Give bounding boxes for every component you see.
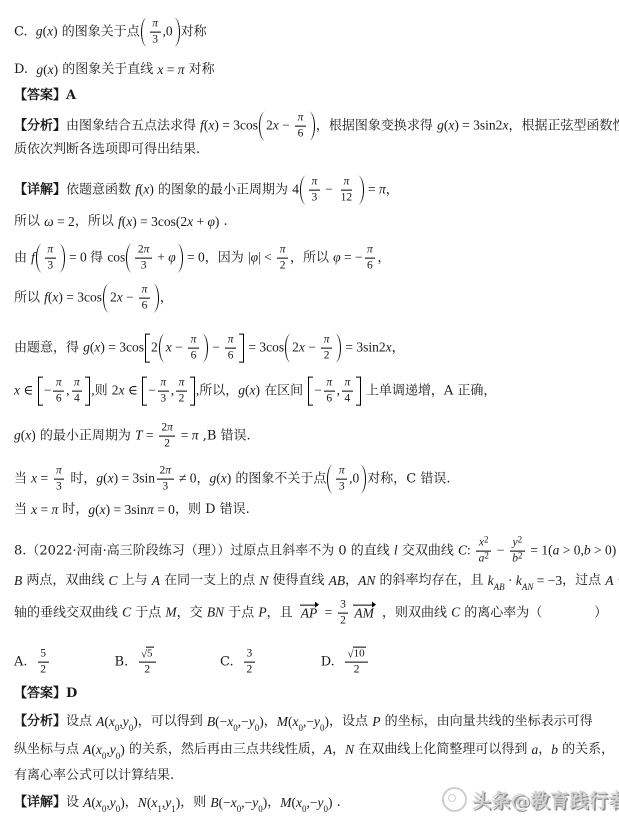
paren-right bbox=[202, 334, 208, 363]
math-roman: cos bbox=[107, 249, 125, 267]
fraction-numerator: π bbox=[176, 376, 187, 392]
math-roman: − bbox=[305, 339, 319, 357]
fraction-numerator: π bbox=[309, 175, 320, 191]
math-roman: ,0 bbox=[349, 470, 359, 488]
text-run: ,B 错误. bbox=[199, 427, 251, 445]
math-roman: 5 bbox=[40, 647, 46, 661]
detail-q7-line7: g(x) 的最小正周期为 T = 2π2 = π ,B 错误. bbox=[14, 421, 251, 452]
math-roman: + bbox=[193, 213, 207, 231]
text-run: ，且 bbox=[267, 604, 297, 622]
text-run: 的图象关于点 bbox=[58, 23, 140, 41]
text-run: 纵坐标与点 bbox=[14, 741, 83, 759]
text-run: ， bbox=[332, 741, 345, 759]
math-roman: = 0 bbox=[66, 249, 91, 267]
math-roman: = bbox=[177, 427, 191, 445]
math-variable: g bbox=[210, 470, 217, 488]
text-run: 于点 bbox=[131, 604, 165, 622]
detail-q7-line6: x ∈ −π6,π4,则 2x ∈ −π3,π2,所以，g(x) 在区间 −π6… bbox=[14, 376, 496, 407]
radicand: 10 bbox=[353, 647, 366, 661]
option-d: D. g(x) 的图象关于直线 x = π 对称 bbox=[14, 61, 215, 79]
text-run: 于点 bbox=[224, 604, 258, 622]
math-roman: | < bbox=[258, 249, 275, 267]
math-variable: π bbox=[326, 376, 332, 390]
math-variable: C bbox=[122, 604, 131, 622]
bracket-content: π3 − π12 bbox=[306, 175, 358, 206]
fraction-denominator: 2 bbox=[244, 663, 255, 678]
fraction-numerator: π bbox=[321, 333, 332, 349]
math-roman: − bbox=[322, 181, 336, 199]
fraction-denominator: b2 bbox=[510, 552, 525, 567]
text-run: 的离心率为（ bbox=[460, 604, 542, 622]
math-variable: π bbox=[74, 376, 80, 390]
math-subscript: 0 bbox=[102, 750, 107, 762]
math-roman: = bbox=[321, 604, 335, 622]
bracket-content: x − π6 bbox=[165, 333, 202, 364]
fraction-denominator: 2 bbox=[38, 663, 49, 678]
math-variable: b bbox=[584, 542, 591, 560]
math-roman: 6 bbox=[326, 392, 332, 406]
math-fraction: π6 bbox=[188, 333, 199, 364]
math-roman: = − bbox=[341, 249, 363, 267]
math-fraction: π2 bbox=[321, 333, 332, 364]
math-bracket-group: π3 bbox=[36, 243, 65, 274]
radicand: 5 bbox=[146, 647, 154, 661]
math-fraction: π3 bbox=[45, 243, 56, 274]
math-roman: = −3 bbox=[533, 572, 562, 590]
math-variable: π bbox=[280, 243, 286, 257]
math-variable: N bbox=[345, 741, 354, 759]
math-roman: ,− bbox=[303, 713, 314, 731]
paren-right bbox=[309, 112, 315, 141]
math-variable: AB bbox=[329, 572, 346, 590]
fraction-denominator: 2 bbox=[162, 437, 173, 452]
math-fraction: π4 bbox=[342, 376, 353, 407]
math-variable: BN bbox=[207, 604, 224, 622]
text-run: ，根据图象变换求得 bbox=[316, 117, 437, 135]
text-run: 依题意函数 bbox=[66, 181, 135, 199]
fraction-numerator: x2 bbox=[476, 536, 491, 552]
math-fraction: y2b2 bbox=[510, 536, 525, 567]
math-bracket-group: π3 − π12 bbox=[300, 175, 364, 206]
math-variable: π bbox=[367, 243, 373, 257]
math-variable: π bbox=[311, 175, 317, 189]
math-fraction: π6 bbox=[324, 376, 335, 407]
text-run: . bbox=[219, 213, 227, 231]
text-run: 有离心率公式可以计算结果. bbox=[14, 767, 174, 785]
math-fraction: 2π3 bbox=[135, 243, 152, 274]
math-variable: a bbox=[553, 542, 560, 560]
math-roman: 3 bbox=[56, 480, 62, 494]
math-subscript: AB bbox=[494, 581, 505, 593]
math-variable: AN bbox=[358, 572, 375, 590]
math-subscript: 0 bbox=[129, 722, 134, 734]
math-subscript: 0 bbox=[237, 803, 242, 815]
math-variable: b bbox=[551, 741, 558, 759]
math-roman: = 3cos bbox=[245, 339, 284, 357]
math-fraction: π6 bbox=[365, 243, 376, 274]
math-roman: 2 bbox=[164, 437, 170, 451]
paren-right bbox=[174, 18, 180, 47]
math-roman: 2 bbox=[354, 663, 360, 677]
question8-options: A. 52B. √52C. 32D. √102 bbox=[14, 647, 370, 678]
math-variable: g bbox=[36, 23, 43, 41]
text-run: 由 bbox=[14, 249, 31, 267]
math-roman: = 3sin2 bbox=[342, 339, 386, 357]
detail-q7-line5: 由题意，得 g(x) = 3cos2x − π6 − π6 = 3cos2x −… bbox=[14, 333, 405, 364]
math-variable: π bbox=[147, 501, 154, 519]
paren-right bbox=[358, 176, 364, 205]
answer-q8: 【答案】D bbox=[14, 685, 77, 703]
math-roman: 3 bbox=[162, 480, 168, 494]
fraction-numerator: 3 bbox=[338, 598, 349, 614]
math-variable: A bbox=[96, 713, 104, 731]
math-sqrt: √10 bbox=[348, 647, 366, 661]
math-roman: = bbox=[365, 181, 379, 199]
math-fraction: π6 bbox=[295, 111, 306, 142]
text-run: ，因为 bbox=[205, 249, 248, 267]
math-subscript: AN bbox=[522, 581, 534, 593]
math-fraction: π2 bbox=[277, 243, 288, 274]
label-bold: 【分析】 bbox=[14, 117, 66, 135]
math-variable: C bbox=[458, 542, 467, 560]
math-variable: π bbox=[144, 243, 150, 257]
text-run: ， bbox=[386, 181, 399, 199]
math-roman: 6 bbox=[142, 299, 148, 313]
math-variable: π bbox=[56, 376, 62, 390]
square-bracket-right bbox=[239, 334, 244, 363]
math-roman: 6 bbox=[298, 127, 304, 141]
math-variable: M bbox=[280, 794, 291, 812]
math-bracket-group: π3,0 bbox=[141, 17, 180, 48]
math-roman: = 0 bbox=[154, 501, 175, 519]
text-run: 质依次判断各选项即可得出结果. bbox=[14, 141, 200, 159]
text-run: 则 bbox=[95, 382, 112, 400]
text-run: 当 bbox=[14, 501, 31, 519]
math-roman: 4 bbox=[74, 392, 80, 406]
text-run: 由题意，得 bbox=[14, 339, 83, 357]
math-fraction: π3 bbox=[336, 464, 347, 495]
math-roman: = bbox=[163, 61, 177, 79]
text-run: 设点 bbox=[66, 713, 96, 731]
math-variable: A bbox=[83, 794, 91, 812]
math-variable: π bbox=[343, 175, 349, 189]
math-variable: N bbox=[259, 572, 268, 590]
math-variable: A bbox=[324, 741, 332, 759]
bracket-content: π3 bbox=[42, 243, 59, 274]
math-variable: M bbox=[277, 713, 288, 731]
text-run: ，则 bbox=[180, 794, 210, 812]
text-run: 设 bbox=[66, 794, 83, 812]
math-subscript: 0 bbox=[323, 803, 328, 815]
math-variable: π bbox=[52, 501, 59, 519]
text-run: ，可以得到 bbox=[138, 713, 207, 731]
math-variable: a bbox=[531, 741, 538, 759]
fraction-numerator: π bbox=[342, 376, 353, 392]
math-variable: π bbox=[379, 181, 386, 199]
math-roman: 3 bbox=[339, 480, 345, 494]
math-roman: 2 bbox=[266, 117, 273, 135]
math-variable: π bbox=[345, 376, 351, 390]
fraction-denominator: 6 bbox=[53, 392, 64, 407]
label-bold: 【答案】D bbox=[14, 685, 77, 703]
math-roman: 3 bbox=[141, 259, 147, 273]
math-roman: , bbox=[337, 382, 340, 400]
fraction-numerator: π bbox=[158, 376, 169, 392]
math-variable: g bbox=[96, 470, 103, 488]
detail-q7-line8: 当 x = π3 时，g(x) = 3sin2π3 ≠ 0，g(x) 的图象不关… bbox=[14, 464, 451, 495]
fraction-numerator: 2π bbox=[159, 421, 176, 437]
spacer bbox=[51, 662, 115, 663]
math-bracket-group: 2x − π2 bbox=[285, 333, 341, 364]
math-vector: AP bbox=[299, 605, 320, 622]
answer-q7: 【答案】A bbox=[14, 87, 76, 105]
fraction-numerator: π bbox=[365, 243, 376, 259]
analysis-q7-line2: 质依次判断各选项即可得出结果. bbox=[14, 141, 200, 159]
text-run: 对称，C 错误. bbox=[367, 470, 450, 488]
math-variable: C bbox=[451, 604, 460, 622]
text-run: 对称 bbox=[181, 23, 207, 41]
math-roman: 3 bbox=[311, 191, 317, 205]
vector-arrow bbox=[353, 605, 375, 606]
math-roman: 12 bbox=[341, 191, 353, 205]
math-variable: B bbox=[14, 572, 22, 590]
detail-q7-line1: 【详解】依题意函数 f(x) 的图象的最小正周期为 4π3 − π12 = π， bbox=[14, 175, 399, 206]
fraction-denominator: 6 bbox=[225, 349, 236, 364]
math-roman: · bbox=[505, 572, 516, 590]
math-superscript: 2 bbox=[484, 551, 489, 562]
math-roman: 3 bbox=[246, 647, 252, 661]
text-run: 上单调递增，A 正确， bbox=[362, 382, 497, 400]
math-variable: g bbox=[238, 382, 245, 400]
fraction-numerator: π bbox=[336, 464, 347, 480]
text-run: 的图象不关于点 bbox=[231, 470, 326, 488]
math-fraction: π3 bbox=[158, 376, 169, 407]
math-variable: g bbox=[437, 117, 444, 135]
math-fraction: x2a2 bbox=[476, 536, 491, 567]
bracket-content: −π3,π2 bbox=[147, 376, 190, 407]
text-run: C. bbox=[14, 23, 36, 41]
option-c: C. g(x) 的图象关于点π3,0对称 bbox=[14, 17, 207, 48]
math-variable: π bbox=[324, 333, 330, 347]
fraction-denominator: 3 bbox=[45, 259, 56, 274]
math-bracket-group: 2π3 + φ bbox=[126, 243, 182, 274]
math-bracket-group: 2x − π6 bbox=[259, 111, 315, 142]
square-bracket-right bbox=[85, 377, 90, 406]
fraction-numerator: √5 bbox=[139, 647, 157, 662]
math-variable: π bbox=[165, 464, 171, 478]
label-bold: 【详解】 bbox=[14, 181, 66, 199]
fraction-denominator: 3 bbox=[54, 480, 65, 495]
fraction-denominator: 12 bbox=[338, 191, 355, 206]
math-roman: ,− bbox=[306, 794, 317, 812]
math-variable: g bbox=[88, 501, 95, 519]
math-roman: 6 bbox=[367, 259, 373, 273]
fraction-denominator: 3 bbox=[309, 191, 320, 206]
fraction-numerator: π bbox=[277, 243, 288, 259]
text-run: ， bbox=[264, 713, 277, 731]
text-run: C. bbox=[220, 653, 242, 671]
text-run: 在同一支上的点 bbox=[160, 572, 259, 590]
text-run: 的斜率均存在，且 bbox=[375, 572, 487, 590]
vector-arrow bbox=[300, 605, 319, 606]
math-fraction: π4 bbox=[72, 376, 83, 407]
text-run: 由图象结合五点法求得 bbox=[66, 117, 200, 135]
math-variable: P bbox=[372, 713, 380, 731]
question8-line3: 轴的垂线交双曲线 C 于点 M，交 BN 于点 P，且 AP = 32AM ，则… bbox=[14, 598, 607, 629]
text-run: 的最小正周期为 bbox=[36, 427, 135, 445]
bracket-content: 2x − π6 bbox=[109, 283, 153, 314]
text-run: ，过点 bbox=[562, 572, 605, 590]
text-run: 对称 bbox=[185, 61, 215, 79]
math-fraction: √52 bbox=[139, 647, 157, 677]
math-roman: 2 bbox=[112, 382, 119, 400]
math-roman: ) = 3sin bbox=[106, 501, 147, 519]
math-superscript: 2 bbox=[518, 551, 523, 562]
math-variable: π bbox=[178, 61, 185, 79]
math-variable: π bbox=[56, 464, 62, 478]
math-variable: P bbox=[258, 604, 266, 622]
text-run: ，设点 bbox=[329, 713, 372, 731]
math-roman: 2 bbox=[324, 349, 330, 363]
math-subscript: 1 bbox=[171, 803, 176, 815]
fraction-denominator: 2 bbox=[321, 349, 332, 364]
paren-right bbox=[177, 244, 183, 273]
text-run: B. bbox=[115, 653, 137, 671]
fraction-numerator: π bbox=[54, 464, 65, 480]
text-run: ，交 bbox=[177, 604, 207, 622]
math-roman: > 0, bbox=[559, 542, 584, 560]
math-fraction: 52 bbox=[38, 647, 49, 678]
math-roman: 2 bbox=[340, 614, 346, 628]
math-subscript: 0 bbox=[255, 722, 260, 734]
fraction-numerator: π bbox=[324, 376, 335, 392]
math-roman: − bbox=[314, 382, 322, 400]
detail-q8-line1: 【详解】设 A(x0,y0)，N(x1,y1)，则 B(−x0,−y0)，M(x… bbox=[14, 794, 341, 812]
math-variable: π bbox=[47, 243, 53, 257]
math-variable: A bbox=[83, 741, 91, 759]
math-subscript: 0 bbox=[116, 803, 121, 815]
vector-body: AM bbox=[352, 607, 376, 622]
fraction-numerator: π bbox=[225, 333, 236, 349]
math-variable: B bbox=[210, 794, 218, 812]
bracket-content: π3,0 bbox=[147, 17, 174, 48]
text-run: 的图象的最小正周期为 bbox=[154, 181, 292, 199]
math-bracket-group: π3,0 bbox=[327, 464, 366, 495]
math-roman: ) = 3cos(2 bbox=[132, 213, 187, 231]
math-subscript: 0 bbox=[302, 803, 307, 815]
fraction-numerator: y2 bbox=[510, 536, 525, 552]
math-roman: 2 bbox=[292, 339, 299, 357]
text-run: 时， bbox=[58, 501, 88, 519]
text-run: 两点，双曲线 bbox=[22, 572, 108, 590]
text-run: 的关系， bbox=[558, 741, 614, 759]
math-roman: 3 bbox=[152, 33, 158, 47]
spacer bbox=[542, 613, 594, 614]
math-subscript: 0 bbox=[233, 722, 238, 734]
text-run: ， bbox=[377, 249, 390, 267]
math-variable: ω bbox=[44, 213, 54, 231]
fraction-numerator: 3 bbox=[244, 647, 255, 663]
fraction-denominator: 2 bbox=[338, 614, 349, 629]
math-roman: > 0) bbox=[591, 542, 617, 560]
math-variable: g bbox=[83, 339, 90, 357]
paren-right bbox=[59, 244, 65, 273]
analysis-q8-line3: 有离心率公式可以计算结果. bbox=[14, 767, 174, 785]
text-run: 的坐标，由向量共线的坐标表示可得 bbox=[380, 713, 592, 731]
text-run: 在双曲线上化简整理可以得到 bbox=[354, 741, 531, 759]
math-subscript: 0 bbox=[258, 803, 263, 815]
spacer bbox=[158, 662, 220, 663]
math-roman: 2 bbox=[40, 663, 46, 677]
math-variable: π bbox=[160, 376, 166, 390]
text-run: ， bbox=[125, 794, 138, 812]
detail-q7-line4: 所以 f(x) = 3cos2x − π6， bbox=[14, 283, 173, 314]
text-run: D. bbox=[321, 653, 343, 671]
text-run: ， bbox=[345, 572, 358, 590]
math-roman: ) = 3sin2 bbox=[454, 117, 502, 135]
square-bracket-right bbox=[356, 377, 361, 406]
math-sqrt: √5 bbox=[141, 647, 154, 661]
fraction-denominator: 2 bbox=[351, 662, 362, 677]
analysis-q7-line1: 【分析】由图象结合五点法求得 f(x) = 3cos2x − π6，根据图象变换… bbox=[14, 111, 619, 142]
text-run: 的图象关于直线 bbox=[58, 61, 157, 79]
math-subscript: 0 bbox=[320, 722, 325, 734]
math-roman: = bbox=[37, 470, 51, 488]
math-roman: 2 bbox=[144, 663, 150, 677]
math-roman: − bbox=[209, 339, 223, 357]
math-fraction: √102 bbox=[345, 647, 368, 677]
math-variable: π bbox=[298, 111, 304, 125]
fraction-denominator: a2 bbox=[476, 552, 491, 567]
label-bold: 【分析】 bbox=[14, 713, 66, 731]
math-roman: − bbox=[172, 339, 186, 357]
math-fraction: π2 bbox=[176, 376, 187, 407]
detail-q7-line9: 当 x = π 时，g(x) = 3sinπ = 0，则 D 错误. bbox=[14, 501, 250, 519]
math-variable: π bbox=[179, 376, 185, 390]
math-roman: = bbox=[143, 427, 157, 445]
math-roman: : bbox=[467, 542, 474, 560]
math-roman: (− bbox=[215, 713, 227, 731]
math-variable: A bbox=[152, 572, 160, 590]
math-bracket-group: −π6,π4 bbox=[308, 376, 361, 407]
math-variable: g bbox=[14, 427, 21, 445]
math-roman: = 1( bbox=[527, 542, 553, 560]
fraction-numerator: π bbox=[139, 283, 150, 299]
fraction-denominator: 3 bbox=[150, 33, 161, 48]
math-variable: A bbox=[605, 572, 613, 590]
math-variable: π bbox=[152, 17, 158, 31]
fraction-denominator: 6 bbox=[188, 349, 199, 364]
math-variable: φ bbox=[207, 213, 214, 231]
math-bracket-group: 2x − π6 bbox=[103, 283, 159, 314]
math-roman: − bbox=[493, 542, 507, 560]
fraction-numerator: π bbox=[188, 333, 199, 349]
math-roman: − bbox=[279, 117, 293, 135]
fraction-denominator: 3 bbox=[160, 480, 171, 495]
math-roman: ) = 3sin bbox=[114, 470, 155, 488]
fraction-numerator: π bbox=[341, 175, 352, 191]
text-run: 在区间 bbox=[260, 382, 307, 400]
math-variable: f bbox=[31, 249, 35, 267]
math-roman: 3 bbox=[47, 259, 53, 273]
math-roman: (− bbox=[219, 794, 231, 812]
text-run: ，根据正弦型函数性 bbox=[508, 117, 619, 135]
text-run: 时， bbox=[66, 470, 96, 488]
math-variable: M bbox=[165, 604, 176, 622]
math-superscript: 2 bbox=[484, 535, 489, 546]
text-run: 所以 bbox=[14, 213, 44, 231]
fraction-denominator: 6 bbox=[295, 127, 306, 142]
